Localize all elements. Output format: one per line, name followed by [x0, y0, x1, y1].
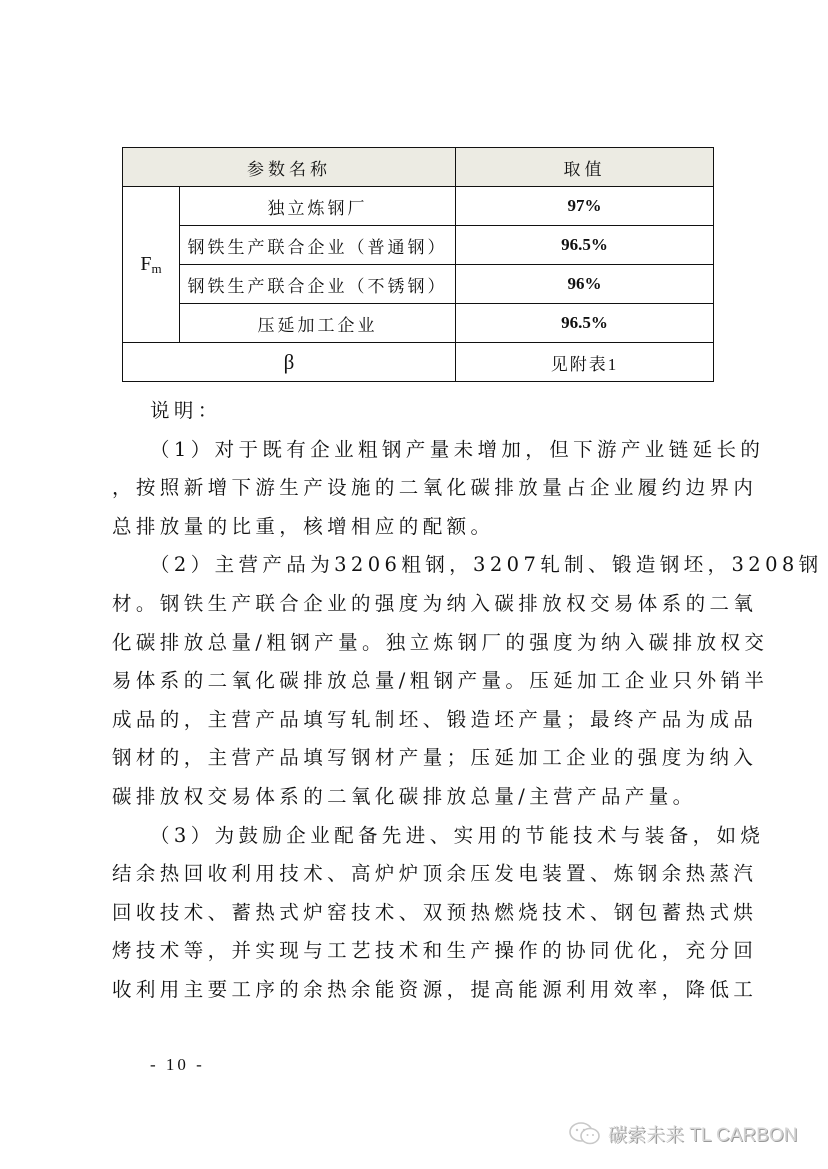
- note-paragraph-1: （1）对于既有企业粗钢产量未增加，但下游产业链延长的 ，按照新增下游生产设施的二…: [112, 431, 720, 547]
- beta-symbol-cell: β: [123, 343, 456, 382]
- row-name: 钢铁生产联合企业（不锈钢）: [180, 265, 456, 304]
- fm-base: F: [140, 253, 151, 275]
- header-value: 取值: [456, 148, 714, 187]
- note-paragraph-3: （3）为鼓励企业配备先进、实用的节能技术与装备，如烧 结余热回收利用技术、高炉炉…: [112, 817, 720, 1010]
- text-line: （2）主营产品为3206粗钢，3207轧制、锻造钢坯，3208钢: [112, 546, 720, 585]
- text-line: 结余热回收利用技术、高炉炉顶余压发电装置、炼钢余热蒸汽: [112, 855, 720, 894]
- watermark-text: 碳索未来 TL CARBON: [608, 1120, 797, 1147]
- table-header-row: 参数名称 取值: [123, 148, 714, 187]
- row-value: 96.5%: [456, 304, 714, 343]
- table-row-beta: β 见附表1: [123, 343, 714, 382]
- document-page: 参数名称 取值 Fm 独立炼钢厂 97% 钢铁生产联合企业（普通钢） 96.5%…: [0, 0, 828, 1169]
- text-line: 成品的，主营产品填写轧制坯、锻造坯产量；最终产品为成品: [112, 701, 720, 740]
- row-value: 96.5%: [456, 226, 714, 265]
- header-param-name: 参数名称: [123, 148, 456, 187]
- fm-subscript: m: [152, 261, 162, 276]
- row-name: 独立炼钢厂: [180, 187, 456, 226]
- text-line: 碳排放权交易体系的二氧化碳排放总量/主营产品产量。: [112, 778, 720, 817]
- text-line: 烤技术等，并实现与工艺技术和生产操作的协同优化，充分回: [112, 932, 720, 971]
- table-row: 钢铁生产联合企业（普通钢） 96.5%: [123, 226, 714, 265]
- notes-section: 说明： （1）对于既有企业粗钢产量未增加，但下游产业链延长的 ，按照新增下游生产…: [112, 392, 720, 1010]
- page-number: - 10 -: [150, 1055, 205, 1075]
- text-line: （3）为鼓励企业配备先进、实用的节能技术与装备，如烧: [112, 817, 720, 856]
- text-line: 钢材的，主营产品填写钢材产量；压延加工企业的强度为纳入: [112, 739, 720, 778]
- notes-heading: 说明：: [112, 392, 720, 431]
- fm-symbol-cell: Fm: [123, 187, 180, 343]
- row-name: 钢铁生产联合企业（普通钢）: [180, 226, 456, 265]
- text-line: 易体系的二氧化碳排放总量/粗钢产量。压延加工企业只外销半: [112, 662, 720, 701]
- parameter-table: 参数名称 取值 Fm 独立炼钢厂 97% 钢铁生产联合企业（普通钢） 96.5%…: [122, 147, 714, 382]
- text-line: （1）对于既有企业粗钢产量未增加，但下游产业链延长的: [112, 431, 720, 470]
- table-row: Fm 独立炼钢厂 97%: [123, 187, 714, 226]
- table-row: 压延加工企业 96.5%: [123, 304, 714, 343]
- note-paragraph-2: （2）主营产品为3206粗钢，3207轧制、锻造钢坯，3208钢 材。钢铁生产联…: [112, 546, 720, 816]
- wechat-icon: [568, 1121, 602, 1147]
- text-line: ，按照新增下游生产设施的二氧化碳排放量占企业履约边界内: [112, 469, 720, 508]
- watermark: 碳索未来 TL CARBON: [568, 1120, 797, 1147]
- text-line: 材。钢铁生产联合企业的强度为纳入碳排放权交易体系的二氧: [112, 585, 720, 624]
- text-line: 回收技术、蓄热式炉窑技术、双预热燃烧技术、钢包蓄热式烘: [112, 894, 720, 933]
- beta-value: 见附表1: [456, 343, 714, 382]
- table-row: 钢铁生产联合企业（不锈钢） 96%: [123, 265, 714, 304]
- row-value: 97%: [456, 187, 714, 226]
- text-line: 总排放量的比重，核增相应的配额。: [112, 508, 720, 547]
- text-line: 化碳排放总量/粗钢产量。独立炼钢厂的强度为纳入碳排放权交: [112, 624, 720, 663]
- text-line: 收利用主要工序的余热余能资源，提高能源利用效率，降低工: [112, 971, 720, 1010]
- row-name: 压延加工企业: [180, 304, 456, 343]
- row-value: 96%: [456, 265, 714, 304]
